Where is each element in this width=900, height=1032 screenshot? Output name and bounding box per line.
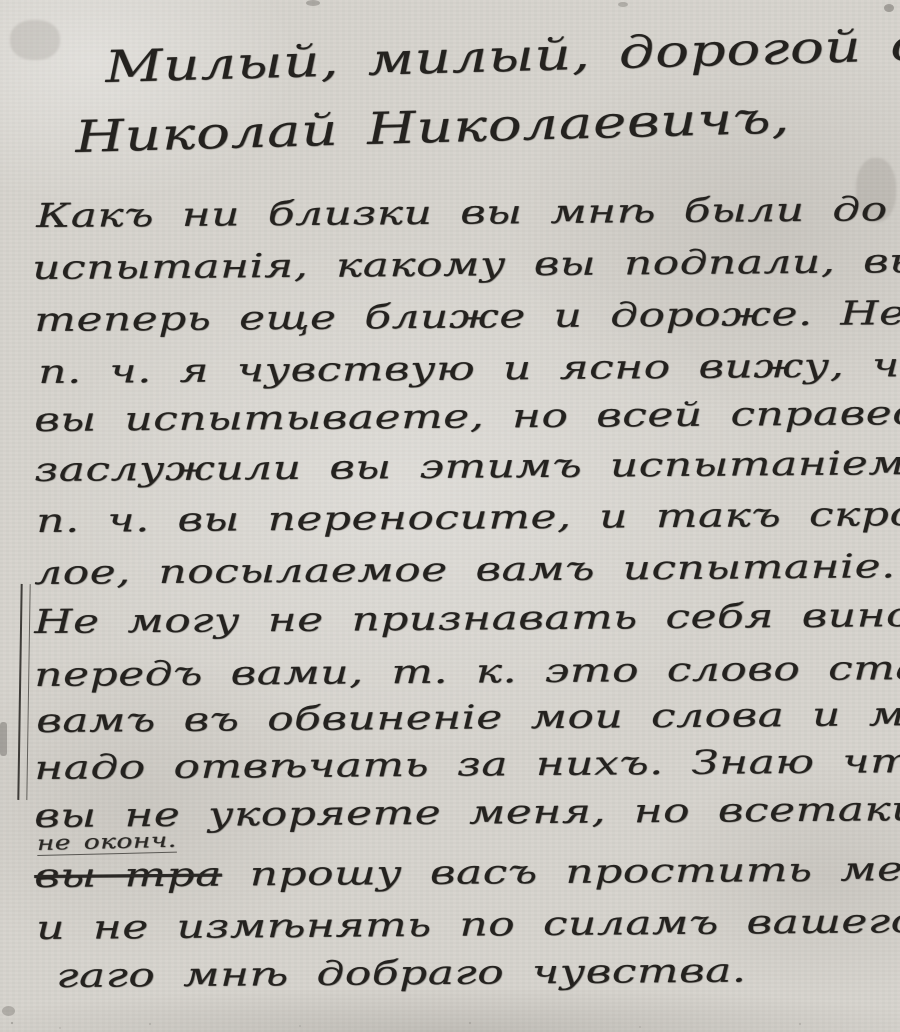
strikethrough-text: вы тра xyxy=(34,855,222,895)
letter-line: испытанія, какому вы подпали, вы мнѣ xyxy=(32,240,900,287)
letter-line: Не могу не признавать себя виноватымъ xyxy=(34,594,900,641)
letter-line: п. ч. вы переносите, и такъ скромно тяже… xyxy=(36,492,900,540)
margin-emphasis-mark xyxy=(17,584,30,800)
letter-line: теперь еще ближе и дороже. Не столько xyxy=(34,291,900,339)
salutation-line-1: Милый, милый, дорогой другъ xyxy=(104,16,900,93)
letter-line: вамъ въ обвиненіе мои слова и мнѣ xyxy=(36,694,900,740)
paper-stain xyxy=(0,1014,900,1032)
letter-line: передъ вами, т. к. это слово ставятъ xyxy=(34,647,900,694)
letter-line: п. ч. я чувствую и ясно вижу, что все эт… xyxy=(38,343,900,391)
letter-line-with-strikethrough: не оконч.вы тра прошу васъ простить меня… xyxy=(34,848,900,895)
letter-line: заслужили вы этимъ испытаніемъ, но ув. xyxy=(34,441,900,489)
letter-line: Какъ ни близки вы мнѣ были до того xyxy=(36,188,900,235)
salutation-line-2: Николай Николаевичъ, xyxy=(74,93,791,163)
interline-insertion-note: не оконч. xyxy=(36,828,177,856)
letter-line: гаго мнѣ добраго чувства. xyxy=(56,951,747,995)
ink-smudge xyxy=(618,2,628,7)
letter-line: надо отвѣчать за нихъ. Знаю что xyxy=(34,741,900,787)
ink-smudge xyxy=(884,4,894,12)
letter-line-text: прошу васъ простить меня — xyxy=(249,848,900,893)
letter-line: и не измѣнять по силамъ вашего доро- xyxy=(36,900,900,947)
ink-smudge xyxy=(306,0,320,6)
ink-smudge xyxy=(0,722,7,756)
letter-line: вы испытываете, но всей справедливости xyxy=(34,391,900,439)
paper-stain xyxy=(10,20,60,60)
scanned-letter-page: Милый, милый, дорогой другъ Николай Нико… xyxy=(0,0,900,1032)
letter-line: лое, посылаемое вамъ испытаніе. xyxy=(34,546,896,592)
